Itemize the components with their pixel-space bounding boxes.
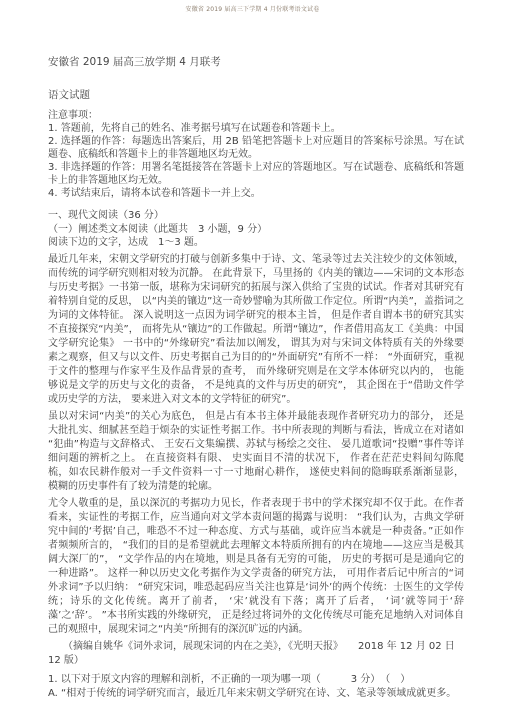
section-instruction: 阅读下边的文字，达成 1～3 题。 bbox=[48, 236, 464, 250]
section-subheading: （一）阐述类文本阅读（此题共 3 小题，9 分） bbox=[48, 223, 464, 237]
notice-section: 注意事项： 1. 答题前，先将自己的姓名、准考据号填写在试题卷和答题卡上。 2.… bbox=[48, 109, 464, 200]
passage-attribution: （摘编自姚华《词外求词，展现宋词的内在之美》，《光明天报》 2018 年 12 … bbox=[48, 640, 464, 668]
notice-item-3: 3. 非选择题的作答：用署名笔挺接答在答题卡上对应的答题地区。写在试题卷、底稿纸… bbox=[48, 161, 464, 187]
question-1-stem: 1. 以下对于原文内容的理解和剖析，不正确的一项为哪一项（ 3 分） （ ） bbox=[48, 673, 464, 688]
notice-item-1: 1. 答题前，先将自己的姓名、准考据号填写在试题卷和答题卡上。 bbox=[48, 122, 464, 135]
question-1: 1. 以下对于原文内容的理解和剖析，不正确的一项为哪一项（ 3 分） （ ） A… bbox=[48, 673, 464, 702]
notice-heading: 注意事项： bbox=[48, 109, 464, 122]
notice-item-2: 2. 选择题的作答：每题选出答案后，用 2B 铅笔把答题卡上对应题目的答案标号涂… bbox=[48, 135, 464, 161]
notice-item-4: 4. 考试结束后，请将本试卷和答题卡一并上交。 bbox=[48, 187, 464, 200]
section-header: 一、现代文阅读（36 分） （一）阐述类文本阅读（此题共 3 小题，9 分） 阅… bbox=[48, 209, 464, 250]
reading-passage: 最近几年来，宋朝文学研究的打破与创新多集中于诗、文、笔录等过去关注较少的文体领域… bbox=[48, 253, 464, 668]
passage-paragraph-3: 尤令人敬重的是，虽以深沉的考据功力见长，作者表现于书中的学术探究却不仅于此。在作… bbox=[48, 497, 464, 637]
passage-paragraph-2: 虽以对宋词“内美”的关心为底色， 但是占有本书主体并最能表现作者研究功力的部分，… bbox=[48, 410, 464, 494]
exam-title: 安徽省 2019 届高三放学期 4 月联考 bbox=[48, 0, 464, 69]
exam-subject-title: 语文试题 bbox=[48, 89, 464, 102]
passage-paragraph-1: 最近几年来，宋朝文学研究的打破与创新多集中于诗、文、笔录等过去关注较少的文体领域… bbox=[48, 253, 464, 407]
section-heading: 一、现代文阅读（36 分） bbox=[48, 209, 464, 223]
page-content: 安徽省 2019 届高三放学期 4 月联考 语文试题 注意事项： 1. 答题前，… bbox=[48, 0, 464, 702]
question-1-option-a: A. “相对于传统的词学研究而言，最近几年来宋朝文学研究在诗、文、笔录等领域成就… bbox=[48, 687, 464, 702]
